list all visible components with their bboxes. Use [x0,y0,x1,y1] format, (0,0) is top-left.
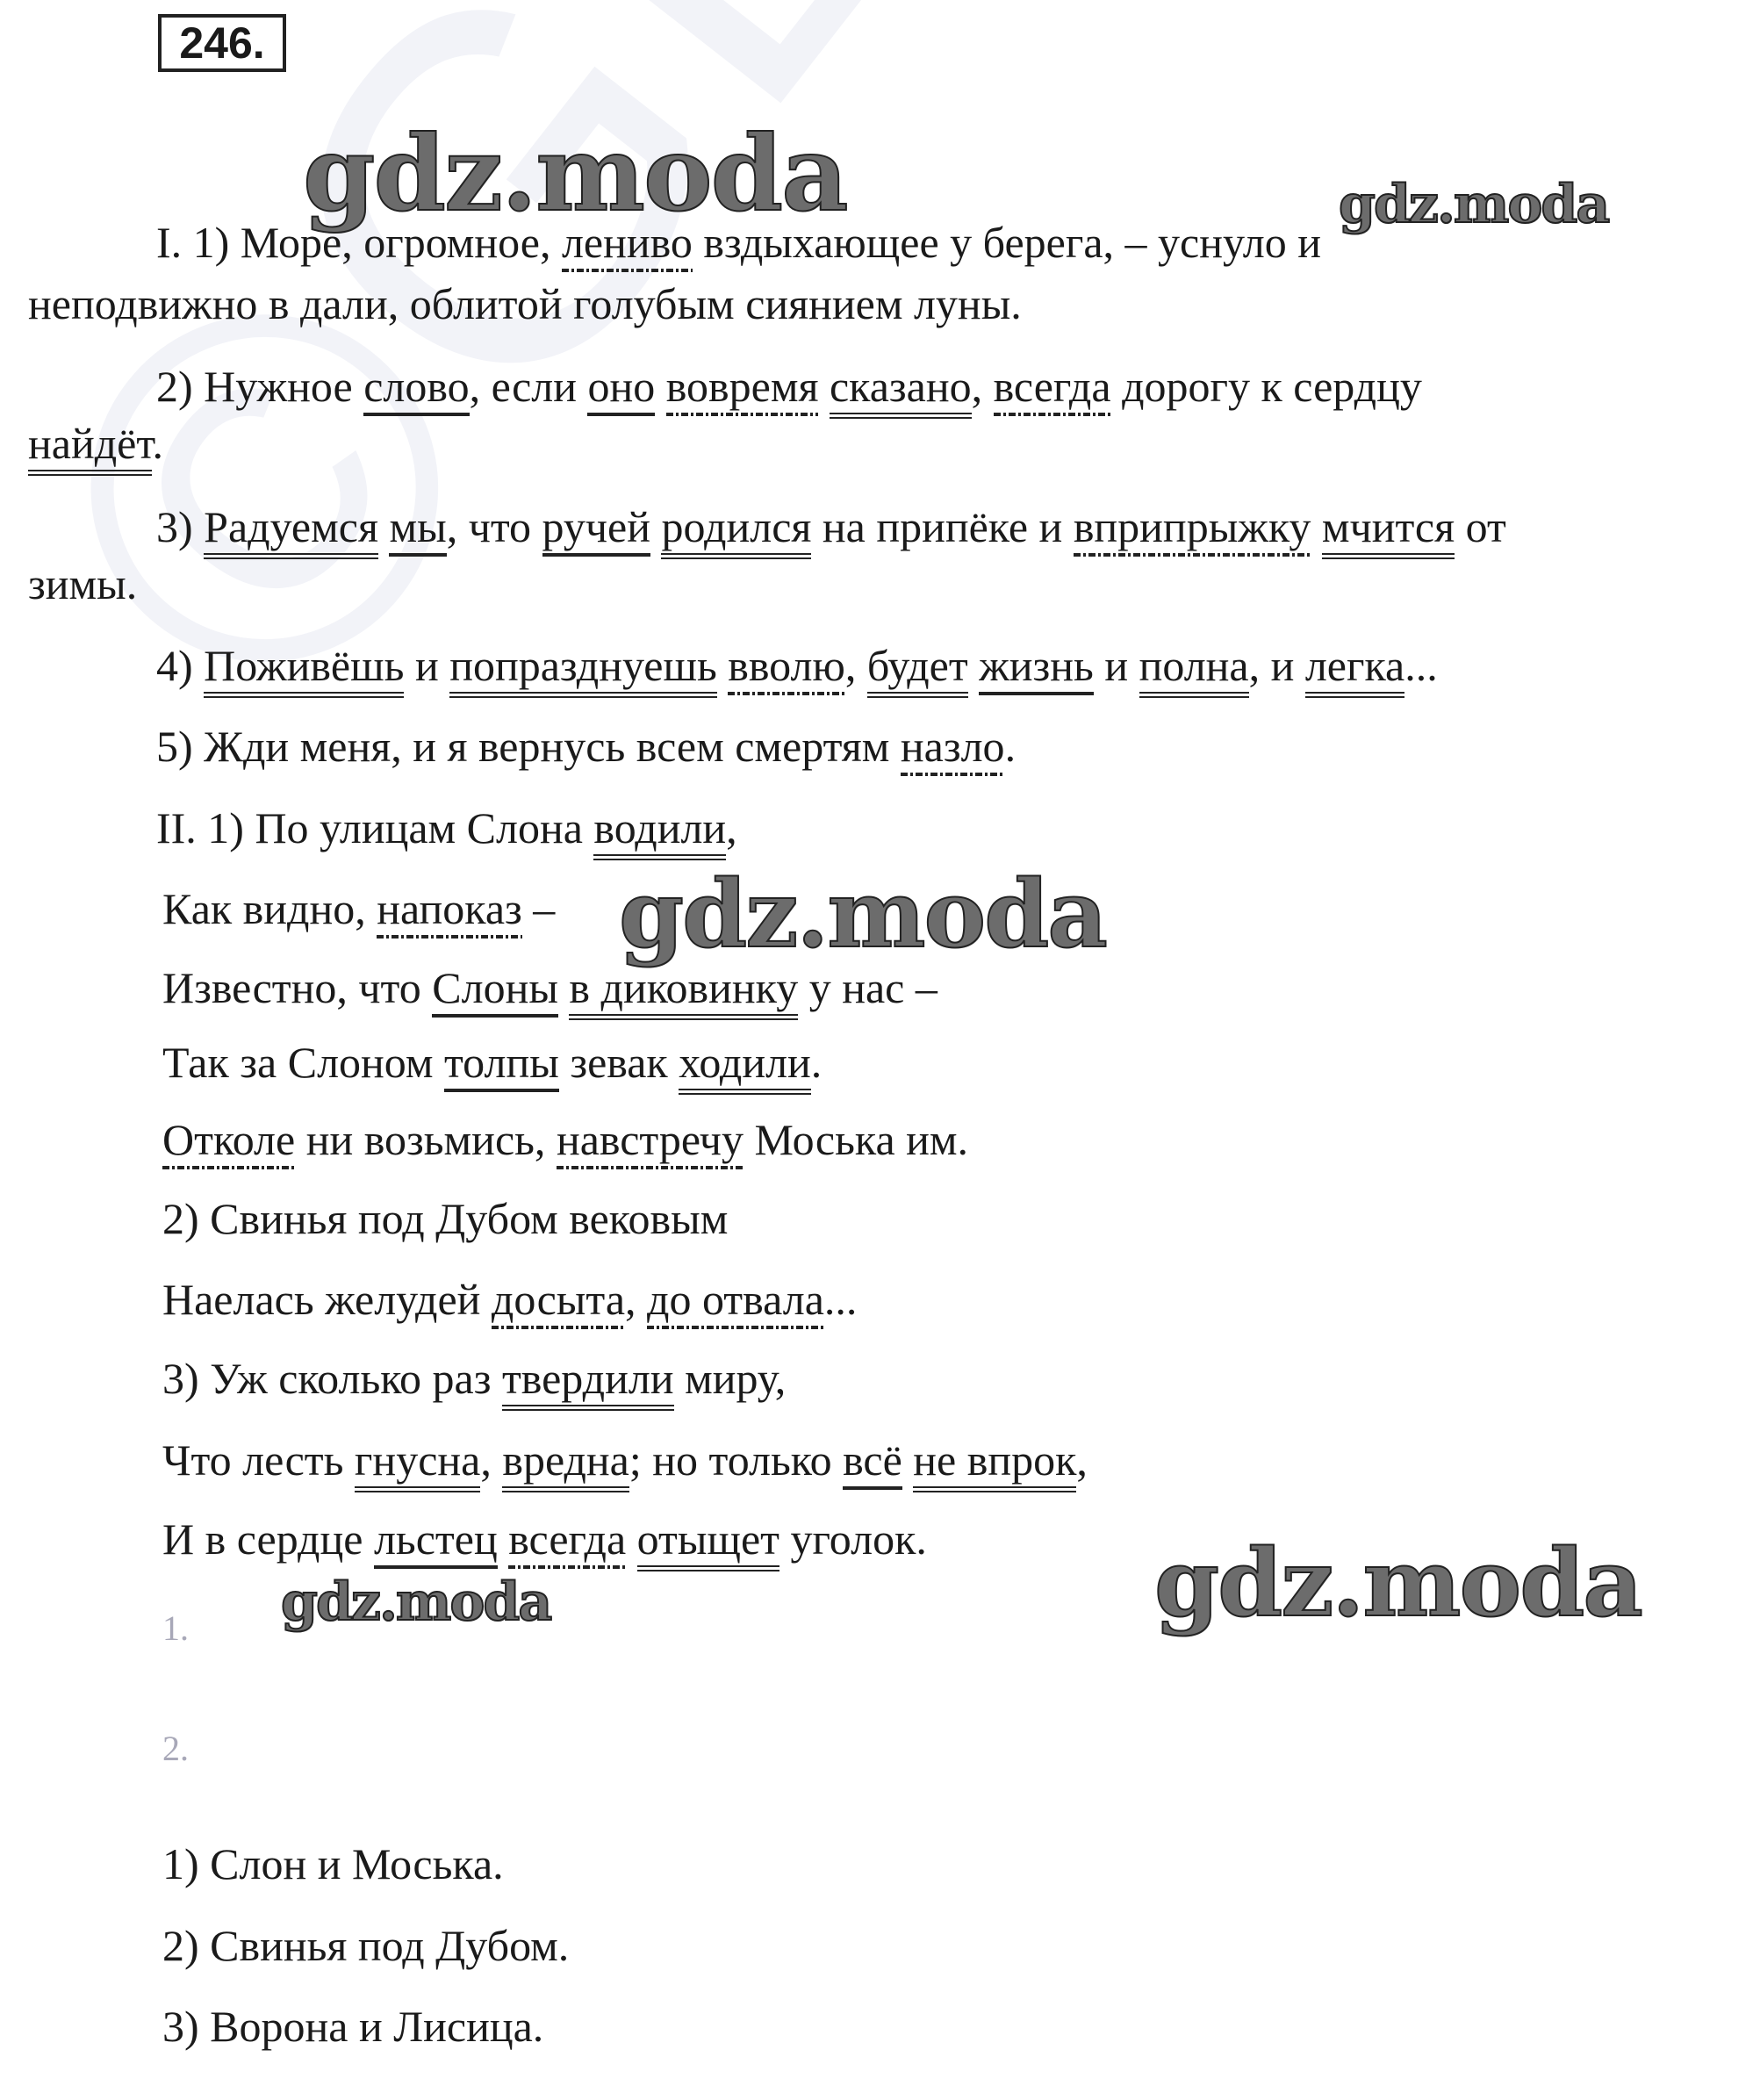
answer-1: 1) Слон и Моська. [162,1837,504,1890]
underlined-adverbial: до отвала [647,1275,824,1329]
underlined-subject: толпы [444,1038,559,1092]
text-span: 3) [156,502,204,551]
watermark-logo: gdz.moda [619,859,1106,968]
text-span: . [152,419,163,468]
text-line: II. 1) По улицам Слона водили, [156,802,737,854]
underlined-predicate: не впрок [913,1435,1076,1492]
underlined-adverbial: напоказ [377,884,522,939]
text-span: , [972,362,994,411]
text-span: Известно, что [162,963,432,1012]
text-span [902,1435,914,1485]
text-span [558,963,570,1012]
text-line: Так за Слоном толпы зевак ходили. [162,1036,822,1089]
text-span: уголок. [779,1514,927,1564]
text-line: найдёт. [28,417,163,470]
text-span [378,502,390,551]
underlined-adverbial: навстречу [557,1115,744,1169]
text-line: 3) Радуемся мы, что ручей родился на при… [156,500,1506,553]
text-span [498,1514,509,1564]
text-span: – [522,884,556,933]
underlined-subject: всё [843,1435,902,1490]
text-line: 5) Жди меня, и я вернусь всем смертям на… [156,720,1016,773]
underlined-predicate: вредна [502,1435,629,1492]
underlined-adverbial: вприпрыжку [1074,502,1311,557]
underlined-subject: льстец [374,1514,498,1569]
text-span: ... [1404,641,1438,690]
underlined-predicate: в диковинку [569,963,798,1020]
answer-3: 3) Ворона и Лисица. [162,2000,543,2053]
text-span: . [1005,722,1016,771]
text-span: , [480,1435,502,1485]
text-span: неподвижно в дали, облитой голубым сияни… [28,279,1022,328]
answer-2: 2) Свинья под Дубом. [162,1919,569,1972]
text-span: Как видно, [162,884,377,933]
text-span: Моська им. [744,1115,968,1164]
underlined-predicate: Радуемся [204,502,378,559]
underlined-predicate: мчится [1322,502,1455,559]
underlined-adverbial: вовремя [666,362,819,416]
underlined-adverbial: всегда [994,362,1111,416]
text-span [968,641,980,690]
text-span: зимы. [28,559,137,608]
text-line: 3) Уж сколько раз твердили миру, [162,1352,786,1405]
underlined-adverbial: вволю [728,641,845,695]
text-span [1311,502,1322,551]
text-span: И в сердце [162,1514,374,1564]
text-span: 4) [156,641,204,690]
text-span: ; но только [629,1435,843,1485]
underlined-predicate: твердили [502,1354,674,1411]
text-line: неподвижно в дали, облитой голубым сияни… [28,277,1022,330]
text-line: Как видно, напоказ – [162,882,555,935]
task-number: 246. [158,14,286,72]
text-span [818,362,830,411]
underlined-adverbial: всегда [508,1514,626,1569]
text-line: Отколе ни возьмись, навстречу Моська им. [162,1113,968,1166]
text-line: Известно, что Слоны в диковинку у нас – [162,961,937,1014]
underlined-adverbial: Отколе [162,1115,295,1169]
text-span: , если [470,362,588,411]
text-span: Наелась желудей [162,1275,492,1324]
text-span: ни возьмись, [295,1115,557,1164]
text-line: Наелась желудей досыта, до отвала... [162,1273,857,1326]
text-span: 2) Нужное [156,362,363,411]
text-span: Что лесть [162,1435,355,1485]
watermark-logo: gdz.moda [1154,1528,1641,1637]
underlined-predicate: полна [1139,641,1249,698]
text-line: Что лесть гнусна, вредна; но только всё … [162,1434,1088,1486]
text-span: , и [1249,641,1305,690]
text-span: Так за Слоном [162,1038,444,1087]
text-span: , [1076,1435,1088,1485]
underlined-predicate: водили [593,803,726,860]
underlined-predicate: попразднуешь [449,641,717,698]
text-span: миру, [674,1354,787,1403]
underlined-predicate: гнусна [355,1435,480,1492]
underlined-subject: жизнь [979,641,1094,695]
watermark-logo: gdz.moda [303,112,847,234]
text-span: и [1094,641,1139,690]
underlined-predicate: будет [867,641,968,698]
text-span [655,362,666,411]
text-line: 2) Свинья под Дубом вековым [162,1192,728,1245]
text-span: зевак [559,1038,679,1087]
text-span: , [625,1275,647,1324]
faint-item-2: 2. [162,1722,189,1775]
underlined-subject: ручей [542,502,650,557]
underlined-predicate: найдёт [28,419,152,476]
text-span: 2) Свинья под Дубом вековым [162,1194,728,1243]
underlined-predicate: ходили [679,1038,811,1095]
underlined-predicate: отыщет [637,1514,779,1571]
faint-item-1: 1. [162,1602,189,1655]
underlined-subject: слово [363,362,469,416]
text-line: 4) Поживёшь и попразднуешь вволю, будет … [156,639,1438,692]
text-span: и [404,641,449,690]
text-line: И в сердце льстец всегда отыщет уголок. [162,1513,927,1565]
underlined-subject: оно [587,362,655,416]
text-span: ... [824,1275,858,1324]
watermark-logo: gdz.moda [281,1571,550,1633]
underlined-adverbial: назло [901,722,1005,776]
underlined-adverbial: досыта [492,1275,625,1329]
text-span: , [845,641,867,690]
underlined-subject: Слоны [432,963,558,1018]
text-span: II. 1) По улицам Слона [156,803,593,852]
text-line: 2) Нужное слово, если оно вовремя сказан… [156,360,1422,413]
text-line: зимы. [28,557,137,610]
text-span: , [726,803,737,852]
underlined-subject: мы [389,502,446,557]
watermark-logo: gdz.moda [1339,174,1608,235]
text-span [717,641,729,690]
underlined-predicate: родился [661,502,811,559]
text-span: от [1455,502,1506,551]
underlined-predicate: легка [1305,641,1404,698]
underlined-predicate: Поживёшь [204,641,404,698]
text-span: 5) Жди меня, и я вернусь всем смертям [156,722,901,771]
text-span: на припёке и [811,502,1073,551]
text-span [626,1514,637,1564]
text-span [650,502,662,551]
text-span: у нас – [798,963,937,1012]
text-span: 3) Уж сколько раз [162,1354,502,1403]
text-span: дорогу к сердцу [1111,362,1422,411]
underlined-predicate: сказано [830,362,972,419]
text-span: , что [447,502,542,551]
text-span: . [811,1038,823,1087]
